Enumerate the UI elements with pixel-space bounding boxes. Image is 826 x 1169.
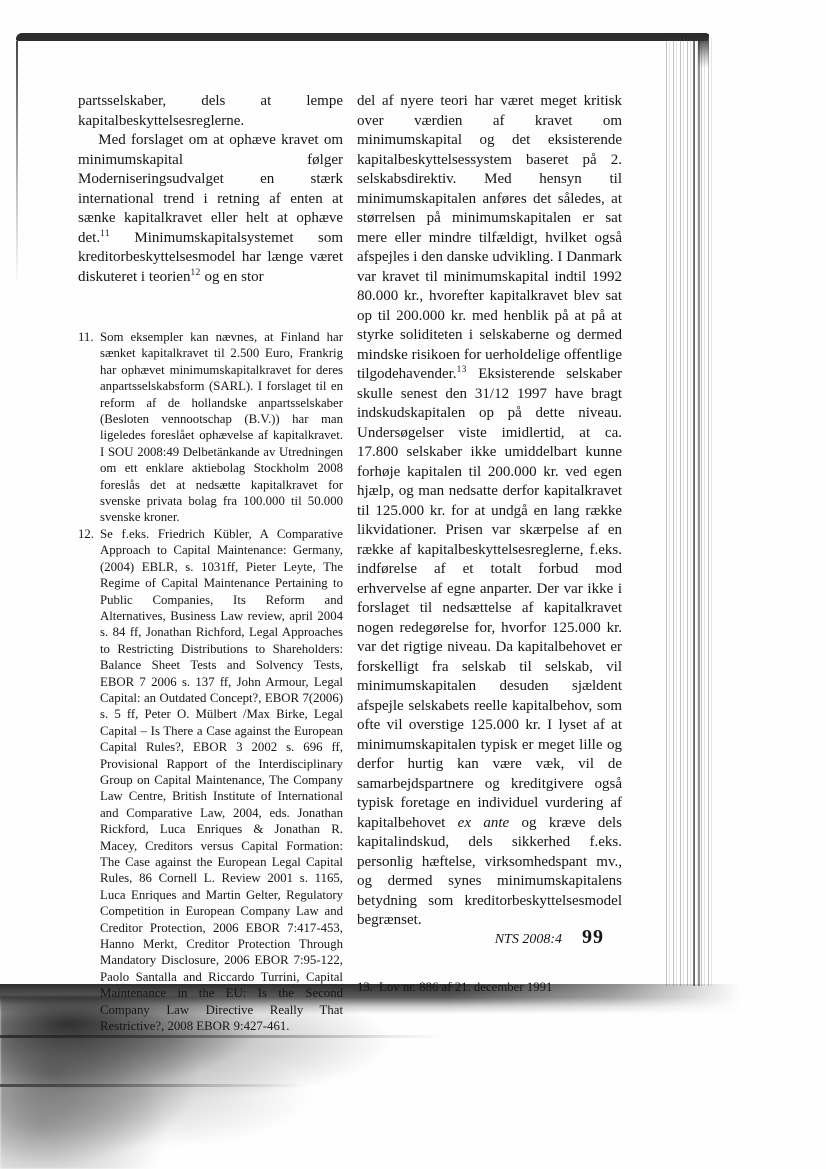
page-left-edge-artifact <box>16 41 18 286</box>
footnotes-block: 11. Som eksempler kan nævnes, at Finland… <box>78 329 343 1034</box>
page-footer: NTS 2008:4 99 <box>352 926 604 949</box>
footnote-11: 11. Som eksempler kan nævnes, at Finland… <box>78 329 343 526</box>
scan-noise-streak-artifact <box>0 1035 445 1038</box>
left-column: partsselskaber, dels at lempe kapitalbes… <box>78 92 343 1034</box>
scan-noise-streak-artifact <box>0 1084 305 1087</box>
page-number: 99 <box>582 926 604 949</box>
footnote-text: Se f.eks. Friedrich Kübler, A Comparativ… <box>100 526 343 1035</box>
footnote-text: Lov nr. 886 af 21. december 1991 <box>379 979 622 995</box>
footnote-number: 11. <box>78 329 100 526</box>
page-content: partsselskaber, dels at lempe kapitalbes… <box>78 92 622 1034</box>
footnote-number: 13. <box>357 979 379 995</box>
footnote-13: 13. Lov nr. 886 af 21. december 1991 <box>357 979 622 995</box>
journal-reference: NTS 2008:4 <box>495 932 562 948</box>
footnotes-block: 13. Lov nr. 886 af 21. december 1991 <box>357 979 622 995</box>
right-column: del af nyere teori har været meget kriti… <box>357 92 622 1034</box>
page-top-edge-artifact <box>16 33 708 41</box>
footnote-text: Som eksempler kan nævnes, at Finland har… <box>100 329 343 526</box>
right-column-body-text: del af nyere teori har været meget kriti… <box>357 92 622 931</box>
scanned-document-page: partsselskaber, dels at lempe kapitalbes… <box>0 0 826 1169</box>
footnote-12: 12. Se f.eks. Friedrich Kübler, A Compar… <box>78 526 343 1035</box>
book-page-edges-artifact <box>666 38 712 986</box>
footnote-number: 12. <box>78 526 100 1035</box>
paragraph: partsselskaber, dels at lempe kapitalbes… <box>78 92 343 131</box>
left-column-body-text: partsselskaber, dels at lempe kapitalbes… <box>78 92 343 287</box>
paragraph: del af nyere teori har været meget kriti… <box>357 92 622 931</box>
paragraph: Med forslaget om at ophæve kravet om min… <box>78 131 343 287</box>
